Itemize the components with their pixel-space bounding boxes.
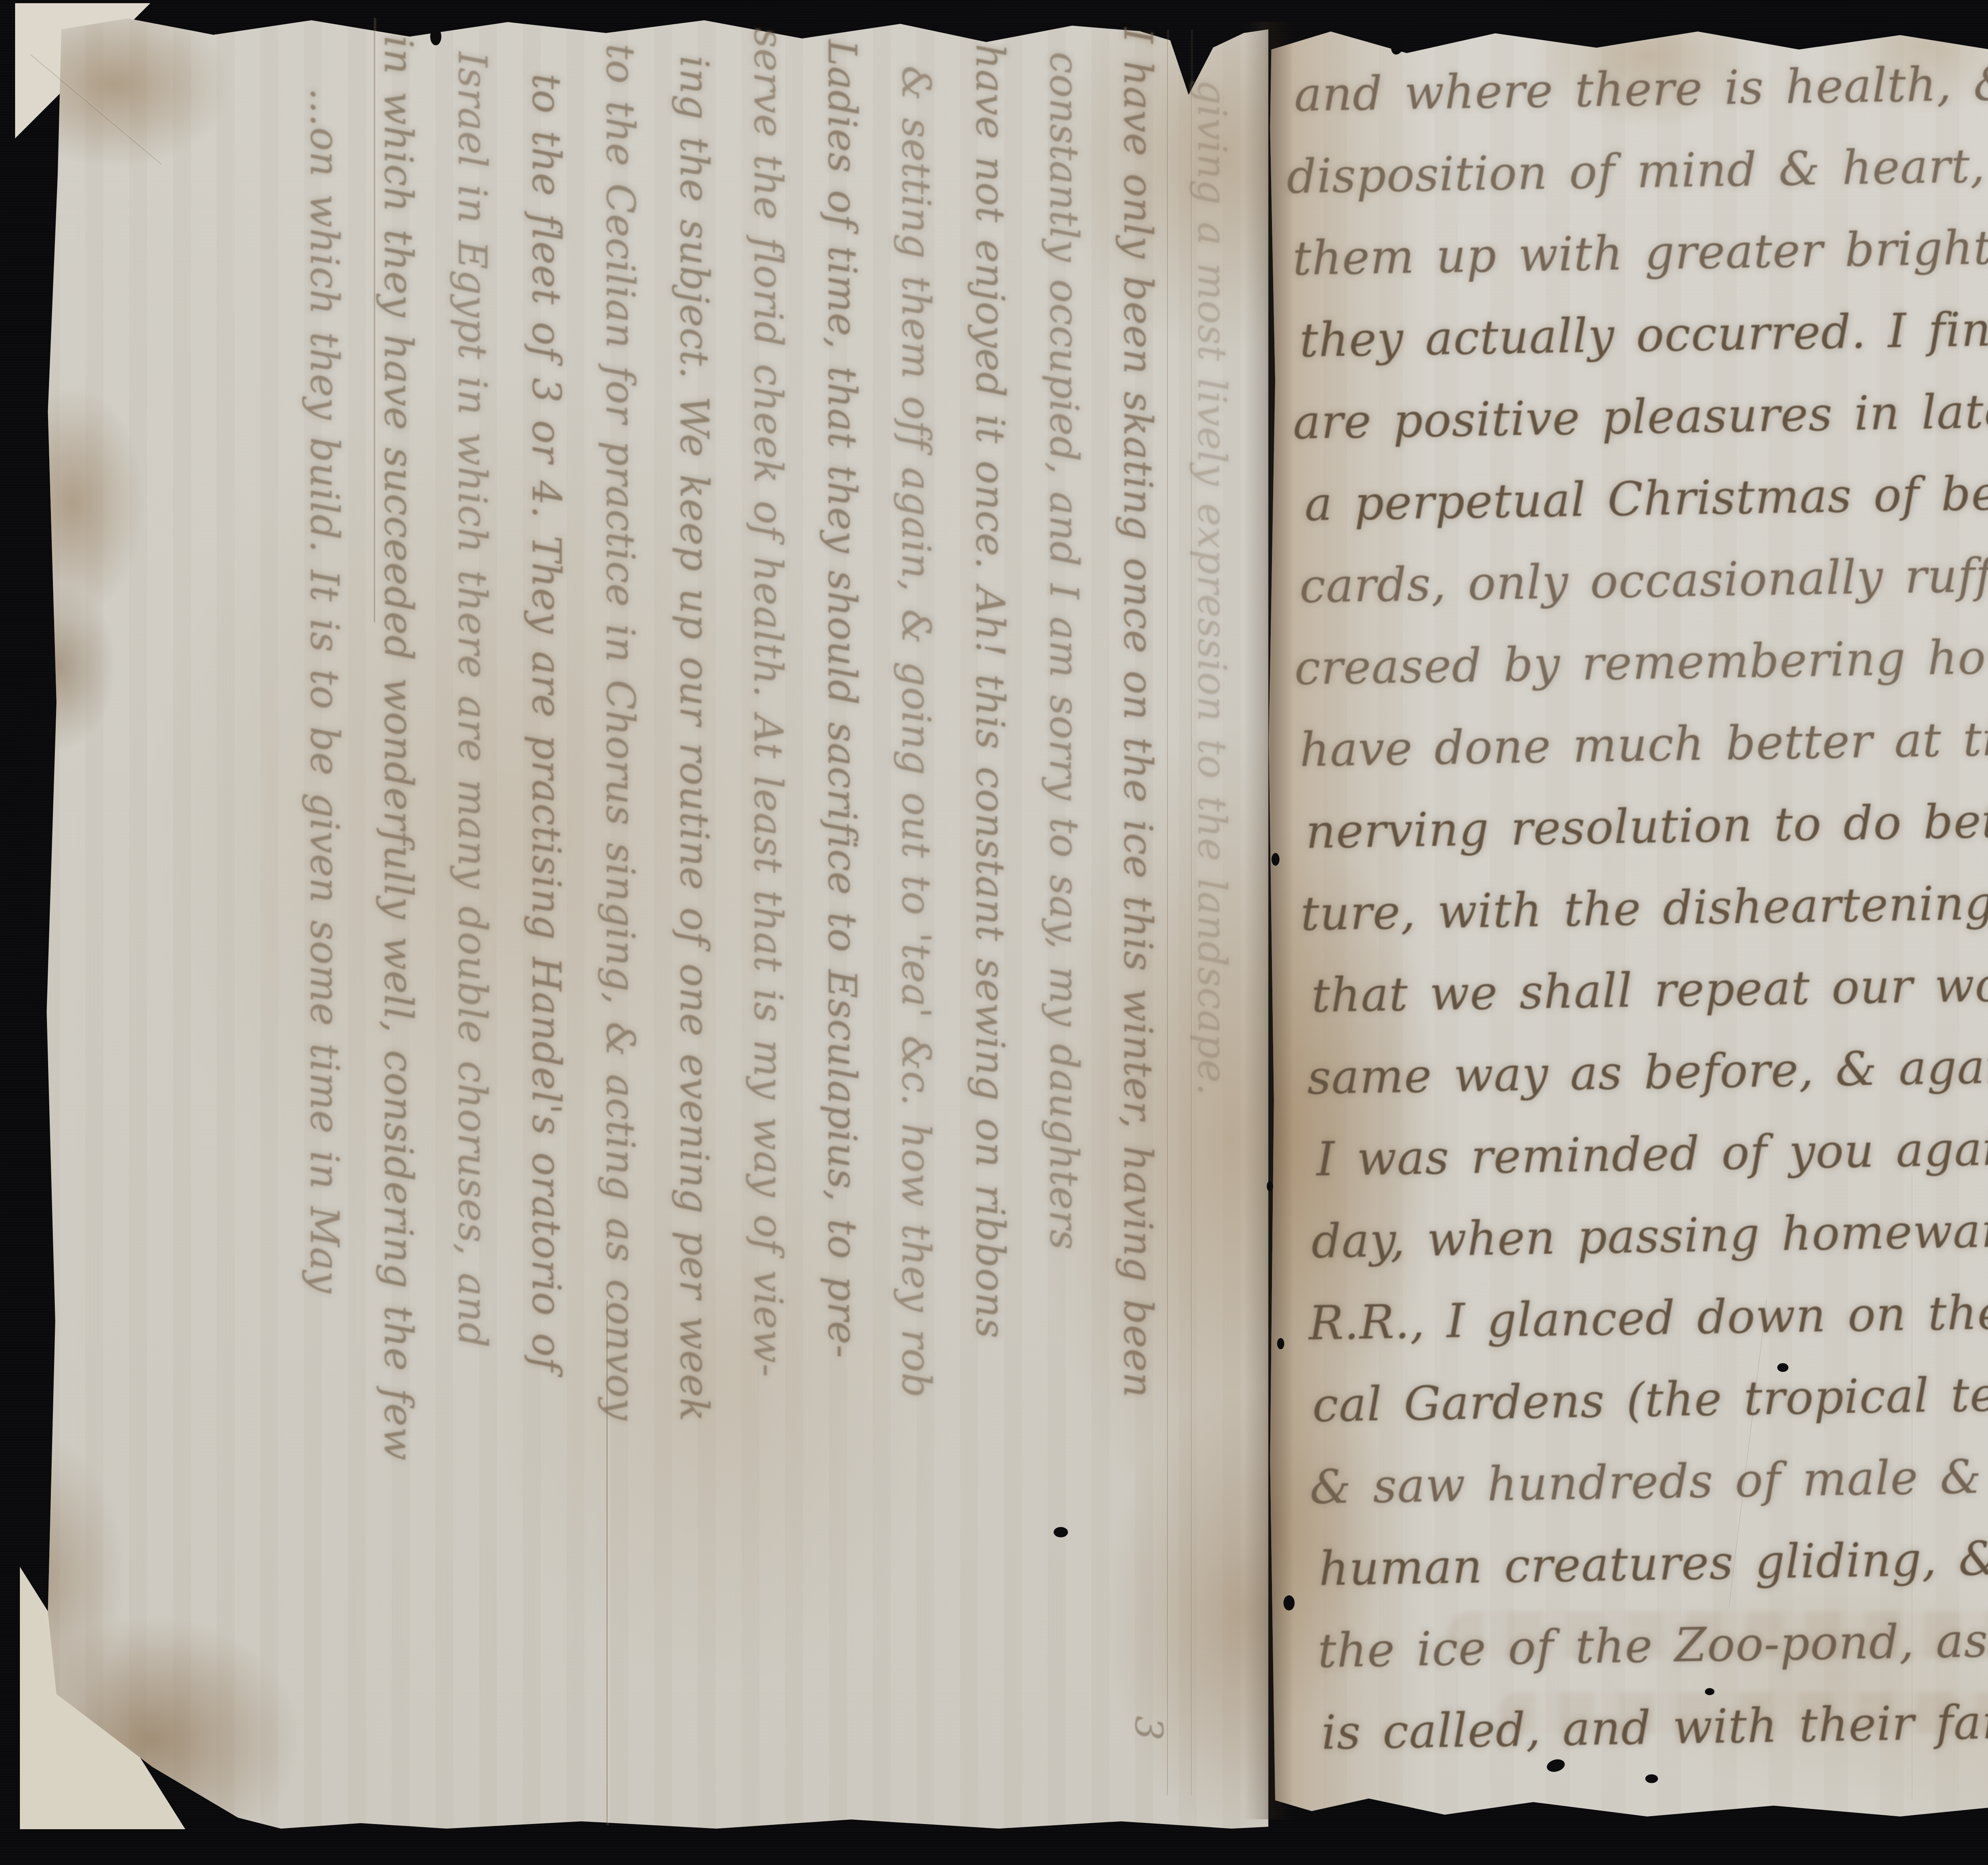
scanned-letter-spread: giving a most lively expression to the l… [0, 0, 1988, 1865]
handwritten-line: Israel in Egypt in which there are many … [435, 28, 509, 1805]
handwritten-line: ing the subject. We keep up our routine … [657, 28, 731, 1805]
paper-hole [1283, 1595, 1295, 1611]
paper-hole [1267, 1181, 1273, 1191]
paper-hole [1705, 1688, 1714, 1695]
handwritten-line: Ladies of time, that they should sacrifi… [805, 28, 879, 1805]
handwritten-line: …on which they build. It is to be given … [287, 28, 361, 1805]
handwritten-line: to the fleet of 3 or 4. They are practis… [509, 28, 583, 1805]
paper-hole [1777, 1363, 1788, 1372]
page-number-3: 3 [1126, 1715, 1171, 1741]
handwritten-line: serve the florid cheek of health. At lea… [731, 28, 805, 1805]
paper-hole [1272, 853, 1279, 866]
handwritten-line: & setting them off again, & going out to… [879, 28, 953, 1805]
paper-hole [430, 28, 441, 45]
handwritten-line: I have only been skating once on the ice… [1101, 28, 1175, 1805]
handwritten-line: giving a most lively expression to the l… [1175, 28, 1248, 1805]
handwritten-line: constantly occupied, and I am sorry to s… [1027, 28, 1101, 1805]
handwriting-left-page: giving a most lively expression to the l… [247, 28, 1248, 1805]
paper-hole [1277, 1338, 1284, 1349]
handwritten-line: have not enjoyed it once. Ah! this const… [953, 28, 1027, 1805]
paper-hole [1054, 1527, 1068, 1537]
paper-hole [1645, 1774, 1658, 1783]
handwritten-line: to the Cecilian for practice in Chorus s… [583, 28, 657, 1805]
handwriting-right-page: and where there is health, & a proper di… [1285, 35, 1988, 1774]
handwritten-line: in which they have succeeded wonderfully… [361, 28, 435, 1805]
